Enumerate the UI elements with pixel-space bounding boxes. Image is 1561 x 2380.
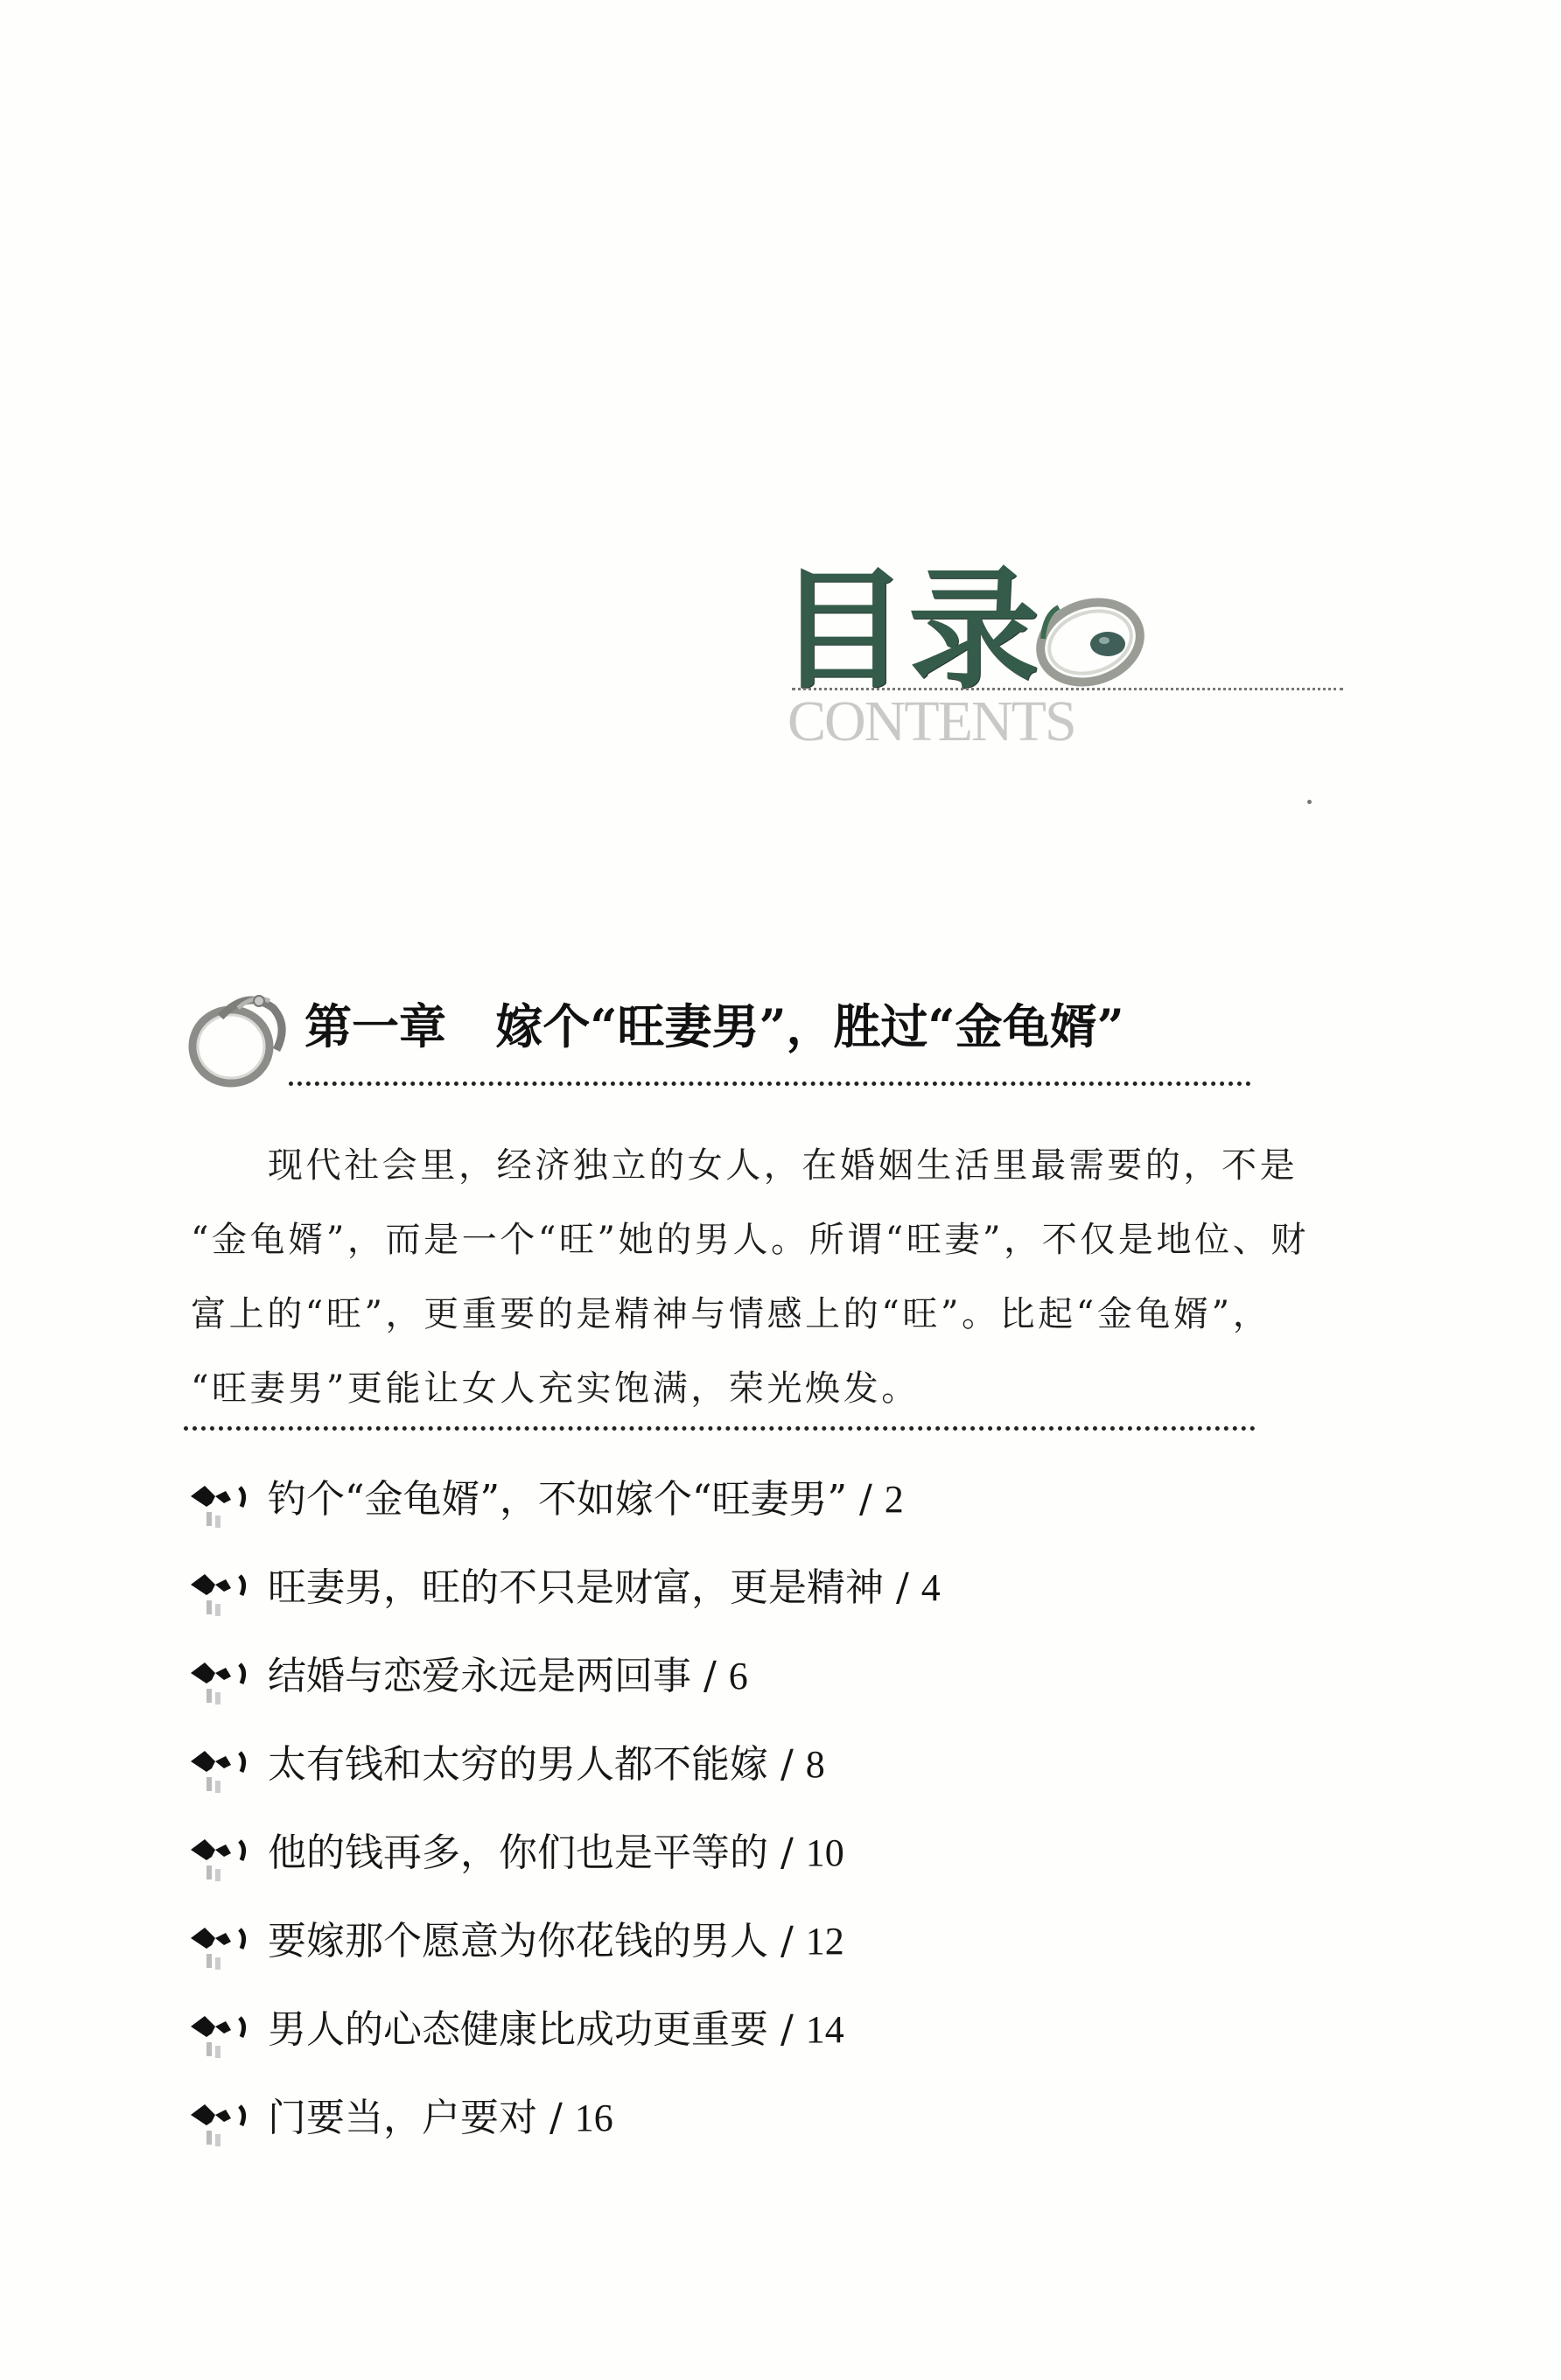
chapter-dotted-rule [289,1081,1251,1086]
bow-icon [185,1565,257,1627]
toc-page-number: 8 [806,1743,825,1786]
toc-page-number: 12 [806,1920,844,1963]
toc-title: 钓个“金龟婿”，不如嫁个“旺妻男” / 2 [268,1473,904,1526]
intro-line: “旺妻男”更能让女人充实饱满，荣光焕发。 [191,1352,1267,1426]
bow-icon [185,2096,257,2157]
toc-title: 旺妻男，旺的不只是财富，更是精神 / 4 [268,1562,941,1614]
bow-icon [185,2007,257,2068]
page-subtitle: CONTENTS [787,691,1075,752]
toc-title: 门要当，户要对 / 16 [268,2092,613,2145]
toc-page-number: 4 [921,1566,941,1609]
toc-list: 钓个“金龟婿”，不如嫁个“旺妻男” / 2 旺妻男，旺的不只是财富，更是精神 /… [185,1477,941,2184]
toc-page-number: 14 [806,2008,844,2051]
intro-line: 富上的“旺”，更重要的是精神与情感上的“旺”。比起“金龟婿”， [191,1277,1267,1352]
decorative-dot [1307,800,1312,804]
intro-line: “金龟婿”，而是一个“旺”她的男人。所谓“旺妻”，不仅是地位、财 [191,1203,1267,1277]
bow-icon [185,1830,257,1892]
toc-page-number: 16 [575,2096,613,2139]
toc-title: 太有钱和太穷的男人都不能嫁 / 8 [268,1739,825,1791]
bow-icon [185,1477,257,1538]
toc-entry[interactable]: 旺妻男，旺的不只是财富，更是精神 / 4 [185,1565,941,1654]
toc-entry[interactable]: 钓个“金龟婿”，不如嫁个“旺妻男” / 2 [185,1477,941,1565]
bow-icon [185,1919,257,1980]
chapter-title[interactable]: 第一章 嫁个“旺妻男”，胜过“金龟婿” [304,996,1124,1057]
ring-icon [185,982,292,1091]
toc-page-number: 2 [885,1478,904,1521]
toc-entry[interactable]: 男人的心态健康比成功更重要 / 14 [185,2007,941,2096]
toc-entry[interactable]: 太有钱和太穷的男人都不能嫁 / 8 [185,1742,941,1830]
bow-icon [185,1654,257,1715]
toc-entry[interactable]: 结婚与恋爱永远是两回事 / 6 [185,1654,941,1742]
toc-title: 结婚与恋爱永远是两回事 / 6 [268,1650,748,1703]
toc-title: 他的钱再多，你们也是平等的 / 10 [268,1827,844,1879]
ring-icon [1032,588,1146,693]
toc-entry[interactable]: 门要当，户要对 / 16 [185,2096,941,2184]
toc-entry[interactable]: 要嫁那个愿意为你花钱的男人 / 12 [185,1919,941,2007]
chapter-intro: 现代社会里，经济独立的女人，在婚姻生活里最需要的，不是 “金龟婿”，而是一个“旺… [191,1129,1267,1426]
toc-title: 要嫁那个愿意为你花钱的男人 / 12 [268,1915,844,1968]
toc-entry[interactable]: 他的钱再多，你们也是平等的 / 10 [185,1830,941,1919]
intro-line: 现代社会里，经济独立的女人，在婚姻生活里最需要的，不是 [191,1129,1267,1203]
toc-page-number: 6 [729,1655,748,1697]
toc-page-number: 10 [806,1831,844,1874]
toc-title: 男人的心态健康比成功更重要 / 14 [268,2004,844,2056]
intro-dotted-rule [184,1426,1256,1431]
bow-icon [185,1742,257,1803]
page-title: 目录 [777,560,1039,700]
